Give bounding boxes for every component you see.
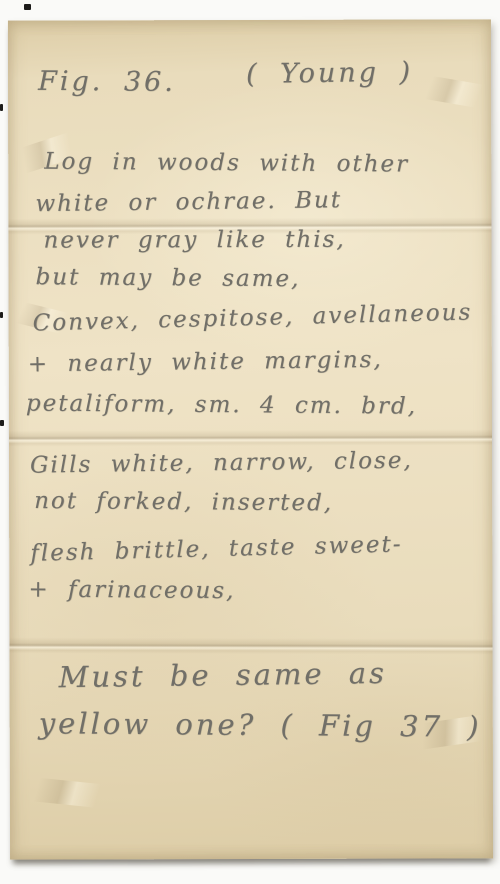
handwritten-line: + farinaceous, <box>28 576 235 604</box>
fold-crease <box>10 637 493 654</box>
scan-artifact <box>24 4 31 10</box>
paper-wrinkle <box>414 73 491 109</box>
stage-note: ( Young ) <box>246 57 413 90</box>
handwritten-line: Convex, cespitose, avellaneous <box>32 299 472 336</box>
scan-artifact <box>0 104 3 111</box>
scan-artifact <box>0 312 3 318</box>
scanned-note: Fig. 36. ( Young ) Log in woods with oth… <box>0 0 500 884</box>
closing-line: Must be same as <box>58 656 387 694</box>
figure-label: Fig. 36. <box>38 66 176 98</box>
fold-crease <box>9 429 492 446</box>
handwritten-line: petaliform, sm. 4 cm. brd, <box>26 391 417 420</box>
handwritten-line: Gills white, narrow, close, <box>30 448 413 479</box>
handwritten-line: flesh brittle, taste sweet- <box>30 531 403 566</box>
handwritten-line: white or ochrae. But <box>35 187 342 217</box>
paper-wrinkle <box>19 776 111 809</box>
handwritten-line: never gray like this, <box>43 227 345 254</box>
closing-line: yellow one? ( Fig 37 ) <box>39 706 482 743</box>
handwritten-line: not forked, inserted, <box>34 488 333 516</box>
note-paper: Fig. 36. ( Young ) Log in woods with oth… <box>8 19 493 859</box>
handwritten-line: Log in woods with other <box>44 149 409 178</box>
handwritten-line: + nearly white margins, <box>28 347 383 378</box>
handwritten-line: but may be same, <box>35 264 300 292</box>
scan-artifact <box>0 420 4 426</box>
